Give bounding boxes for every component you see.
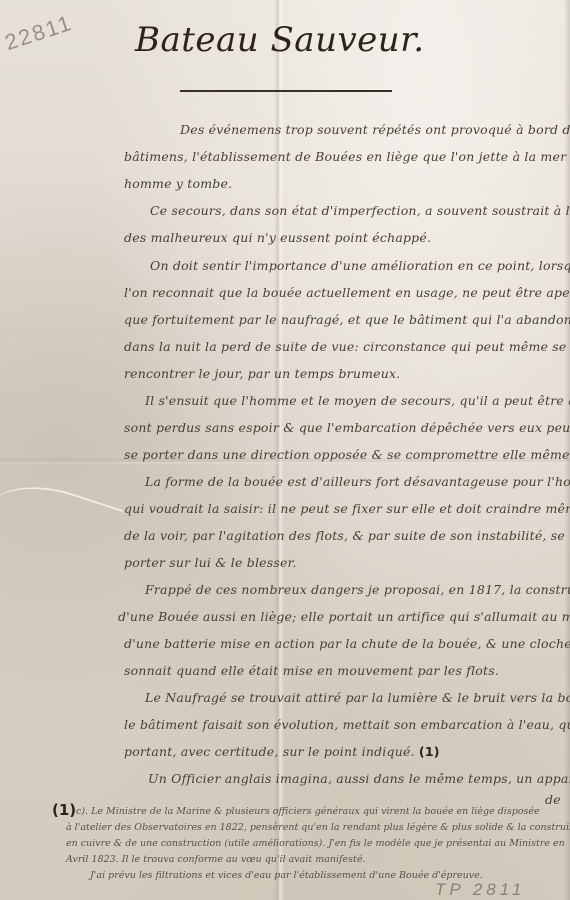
manuscript-line: des malheureux qui n'y eussent point éch… (124, 230, 431, 245)
manuscript-line: homme y tombe. (124, 176, 232, 191)
footnote-reference-line: portant, avec certitude, sur le point in… (124, 744, 440, 759)
body-line-text: portant, avec certitude, sur le point in… (124, 744, 415, 759)
manuscript-line: dans la nuit la perd de suite de vue: ci… (124, 339, 567, 354)
archive-stamp: TP 2811 (435, 880, 525, 900)
title-underline (180, 90, 392, 92)
manuscript-line: bâtimens, l'établissement de Bouées en l… (124, 149, 570, 164)
footnote-line: à l'atelier des Observatoires en 1822, p… (66, 822, 570, 833)
manuscript-line: sonnait quand elle était mise en mouveme… (124, 663, 499, 678)
footnote-line: en cuivre & de une construction (utile a… (66, 838, 565, 849)
manuscript-line: Un Officier anglais imagina, aussi dans … (148, 771, 570, 786)
footnote-line: J'ai prévu les filtrations et vices d'ea… (90, 870, 483, 881)
footnote-line: Avril 1823. Il le trouva conforme au vœu… (66, 854, 366, 865)
manuscript-line: d'une batterie mise en action par la chu… (124, 636, 570, 651)
footnote-line: c). Le Ministre de la Marine & plusieurs… (76, 806, 540, 817)
manuscript-line: La forme de la bouée est d'ailleurs fort… (145, 474, 570, 489)
manuscript-line: que fortuitement par le naufragé, et que… (124, 312, 570, 327)
manuscript-line: de la voir, par l'agitation des flots, &… (124, 528, 565, 543)
manuscript-line: Le Naufragé se trouvait attiré par la lu… (145, 690, 570, 705)
manuscript-line: l'on reconnait que la bouée actuellement… (124, 285, 570, 300)
footnote-marker: (1) (419, 744, 440, 759)
manuscript-line: le bâtiment faisait son évolution, metta… (124, 717, 570, 732)
document-title: Bateau Sauveur. (135, 20, 425, 60)
manuscript-line: Ce secours, dans son état d'imperfection… (150, 203, 570, 218)
manuscript-line: rencontrer le jour, par un temps brumeux… (124, 366, 400, 381)
manuscript-line: sont perdus sans espoir & que l'embarcat… (124, 420, 570, 435)
footnote-number: (1) (52, 801, 76, 819)
manuscript-line: se porter dans une direction opposée & s… (124, 447, 570, 462)
manuscript-line: Frappé de ces nombreux dangers je propos… (145, 582, 570, 597)
manuscript-line: de (545, 792, 561, 807)
manuscript-line: porter sur lui & le blesser. (124, 555, 297, 570)
manuscript-line: Il s'ensuit que l'homme et le moyen de s… (145, 393, 570, 408)
manuscript-line: Des événemens trop souvent répétés ont p… (180, 122, 570, 137)
manuscript-line: On doit sentir l'importance d'une amélio… (150, 258, 570, 273)
manuscript-line: qui voudrait la saisir: il ne peut se fi… (124, 501, 570, 516)
manuscript-line: d'une Bouée aussi en liège; elle portait… (118, 609, 570, 624)
